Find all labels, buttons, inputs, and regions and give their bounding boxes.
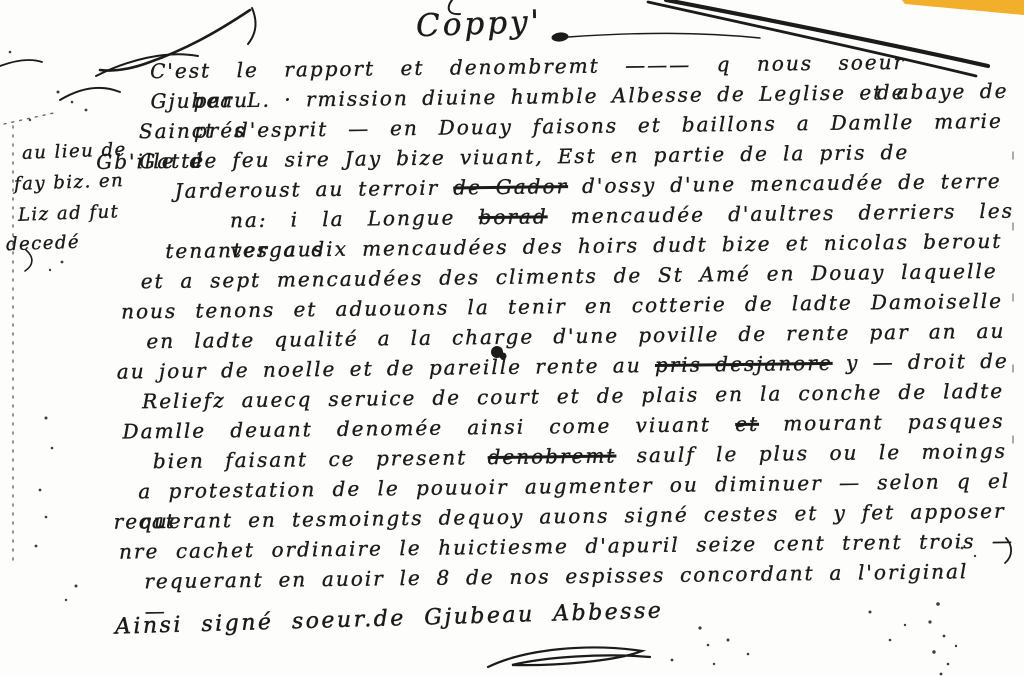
struck-text: pris desjanore (655, 351, 833, 377)
margin-note: Liz ad fut (18, 201, 120, 226)
signature-line: Ainsi signé soeur.de Gjubeau Abbesse (115, 587, 1024, 639)
manuscript-text-segment: au jour de noelle et de pareille rente a… (117, 353, 655, 384)
manuscript-text-segment: y — droit de (833, 349, 1009, 375)
margin-note: decedé (6, 232, 81, 256)
struck-text: denobremt (487, 444, 616, 470)
manuscript-text-segment: bien faisant ce present (153, 445, 488, 473)
struck-text: de Gador (453, 174, 568, 199)
manuscript-text-segment: na: i la Longue (230, 205, 479, 232)
bottom-scribble (488, 648, 650, 667)
manuscript-text: C'est le rapport et denombremt ——— q nou… (0, 45, 1024, 632)
manuscript-text-segment: mourant pasques (759, 409, 1005, 436)
manuscript-text-segment: Damlle deuant denomée ainsi come viuant (122, 412, 735, 443)
corner-accent (902, 0, 1024, 15)
manuscript-lines: C'est le rapport et denombremt ——— q nou… (0, 45, 1024, 597)
manuscript-text-segment: saulf le plus ou le moings (616, 439, 1007, 468)
manuscript-text-segment: Jarderoust au terroir (174, 175, 453, 202)
margin-note: au lieu de (22, 139, 127, 164)
manuscript-text-segment: d'ossy d'une mencaudée de terre (568, 169, 1002, 198)
struck-text: et (735, 412, 759, 436)
document-title: Coppy' (415, 4, 542, 44)
margin-note: fay biz. en (14, 170, 125, 195)
manuscript-scan: Coppy' C'est le rapport et denombremt ——… (0, 0, 1024, 676)
struck-text: borad (478, 204, 547, 229)
